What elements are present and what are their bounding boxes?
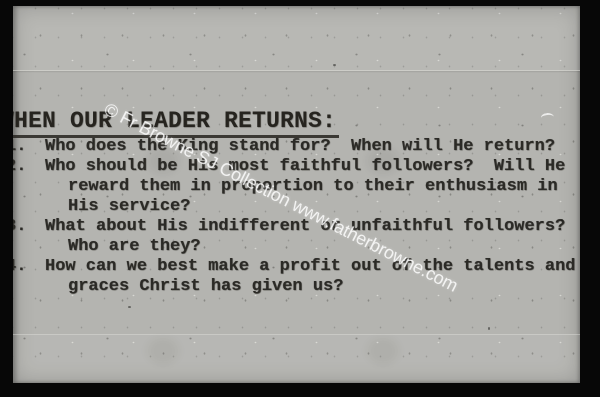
dust-speck xyxy=(128,306,131,308)
slide-paper: WHEN OUR LEADER RETURNS: 1.Who does the … xyxy=(13,6,580,383)
dust-speck xyxy=(561,219,563,221)
item-line: Who are they? xyxy=(68,237,580,257)
scratch-mark xyxy=(540,112,554,123)
item-number: 3. xyxy=(13,217,26,237)
list-item: 1.Who does the King stand for? When will… xyxy=(13,137,580,157)
list-item: 4.How can we best make a profit out of t… xyxy=(13,257,580,297)
item-line: How can we best make a profit out of the… xyxy=(45,257,580,277)
dust-speck xyxy=(488,327,490,330)
typed-text-layer: WHEN OUR LEADER RETURNS: 1.Who does the … xyxy=(13,6,580,383)
item-line: Who should be His most faithful follower… xyxy=(45,157,580,177)
list-item: 3.What about His indifferent or unfaithf… xyxy=(13,217,580,257)
item-number: 1. xyxy=(13,137,26,157)
item-line: Who does the King stand for? When will H… xyxy=(45,137,580,157)
dust-speck xyxy=(333,64,336,66)
item-line: graces Christ has given us? xyxy=(68,277,580,297)
item-number: 2. xyxy=(13,157,26,177)
slide-photo: WHEN OUR LEADER RETURNS: 1.Who does the … xyxy=(0,0,600,397)
item-line: reward them in proportion to their enthu… xyxy=(68,177,580,197)
item-number: 4. xyxy=(13,257,26,277)
